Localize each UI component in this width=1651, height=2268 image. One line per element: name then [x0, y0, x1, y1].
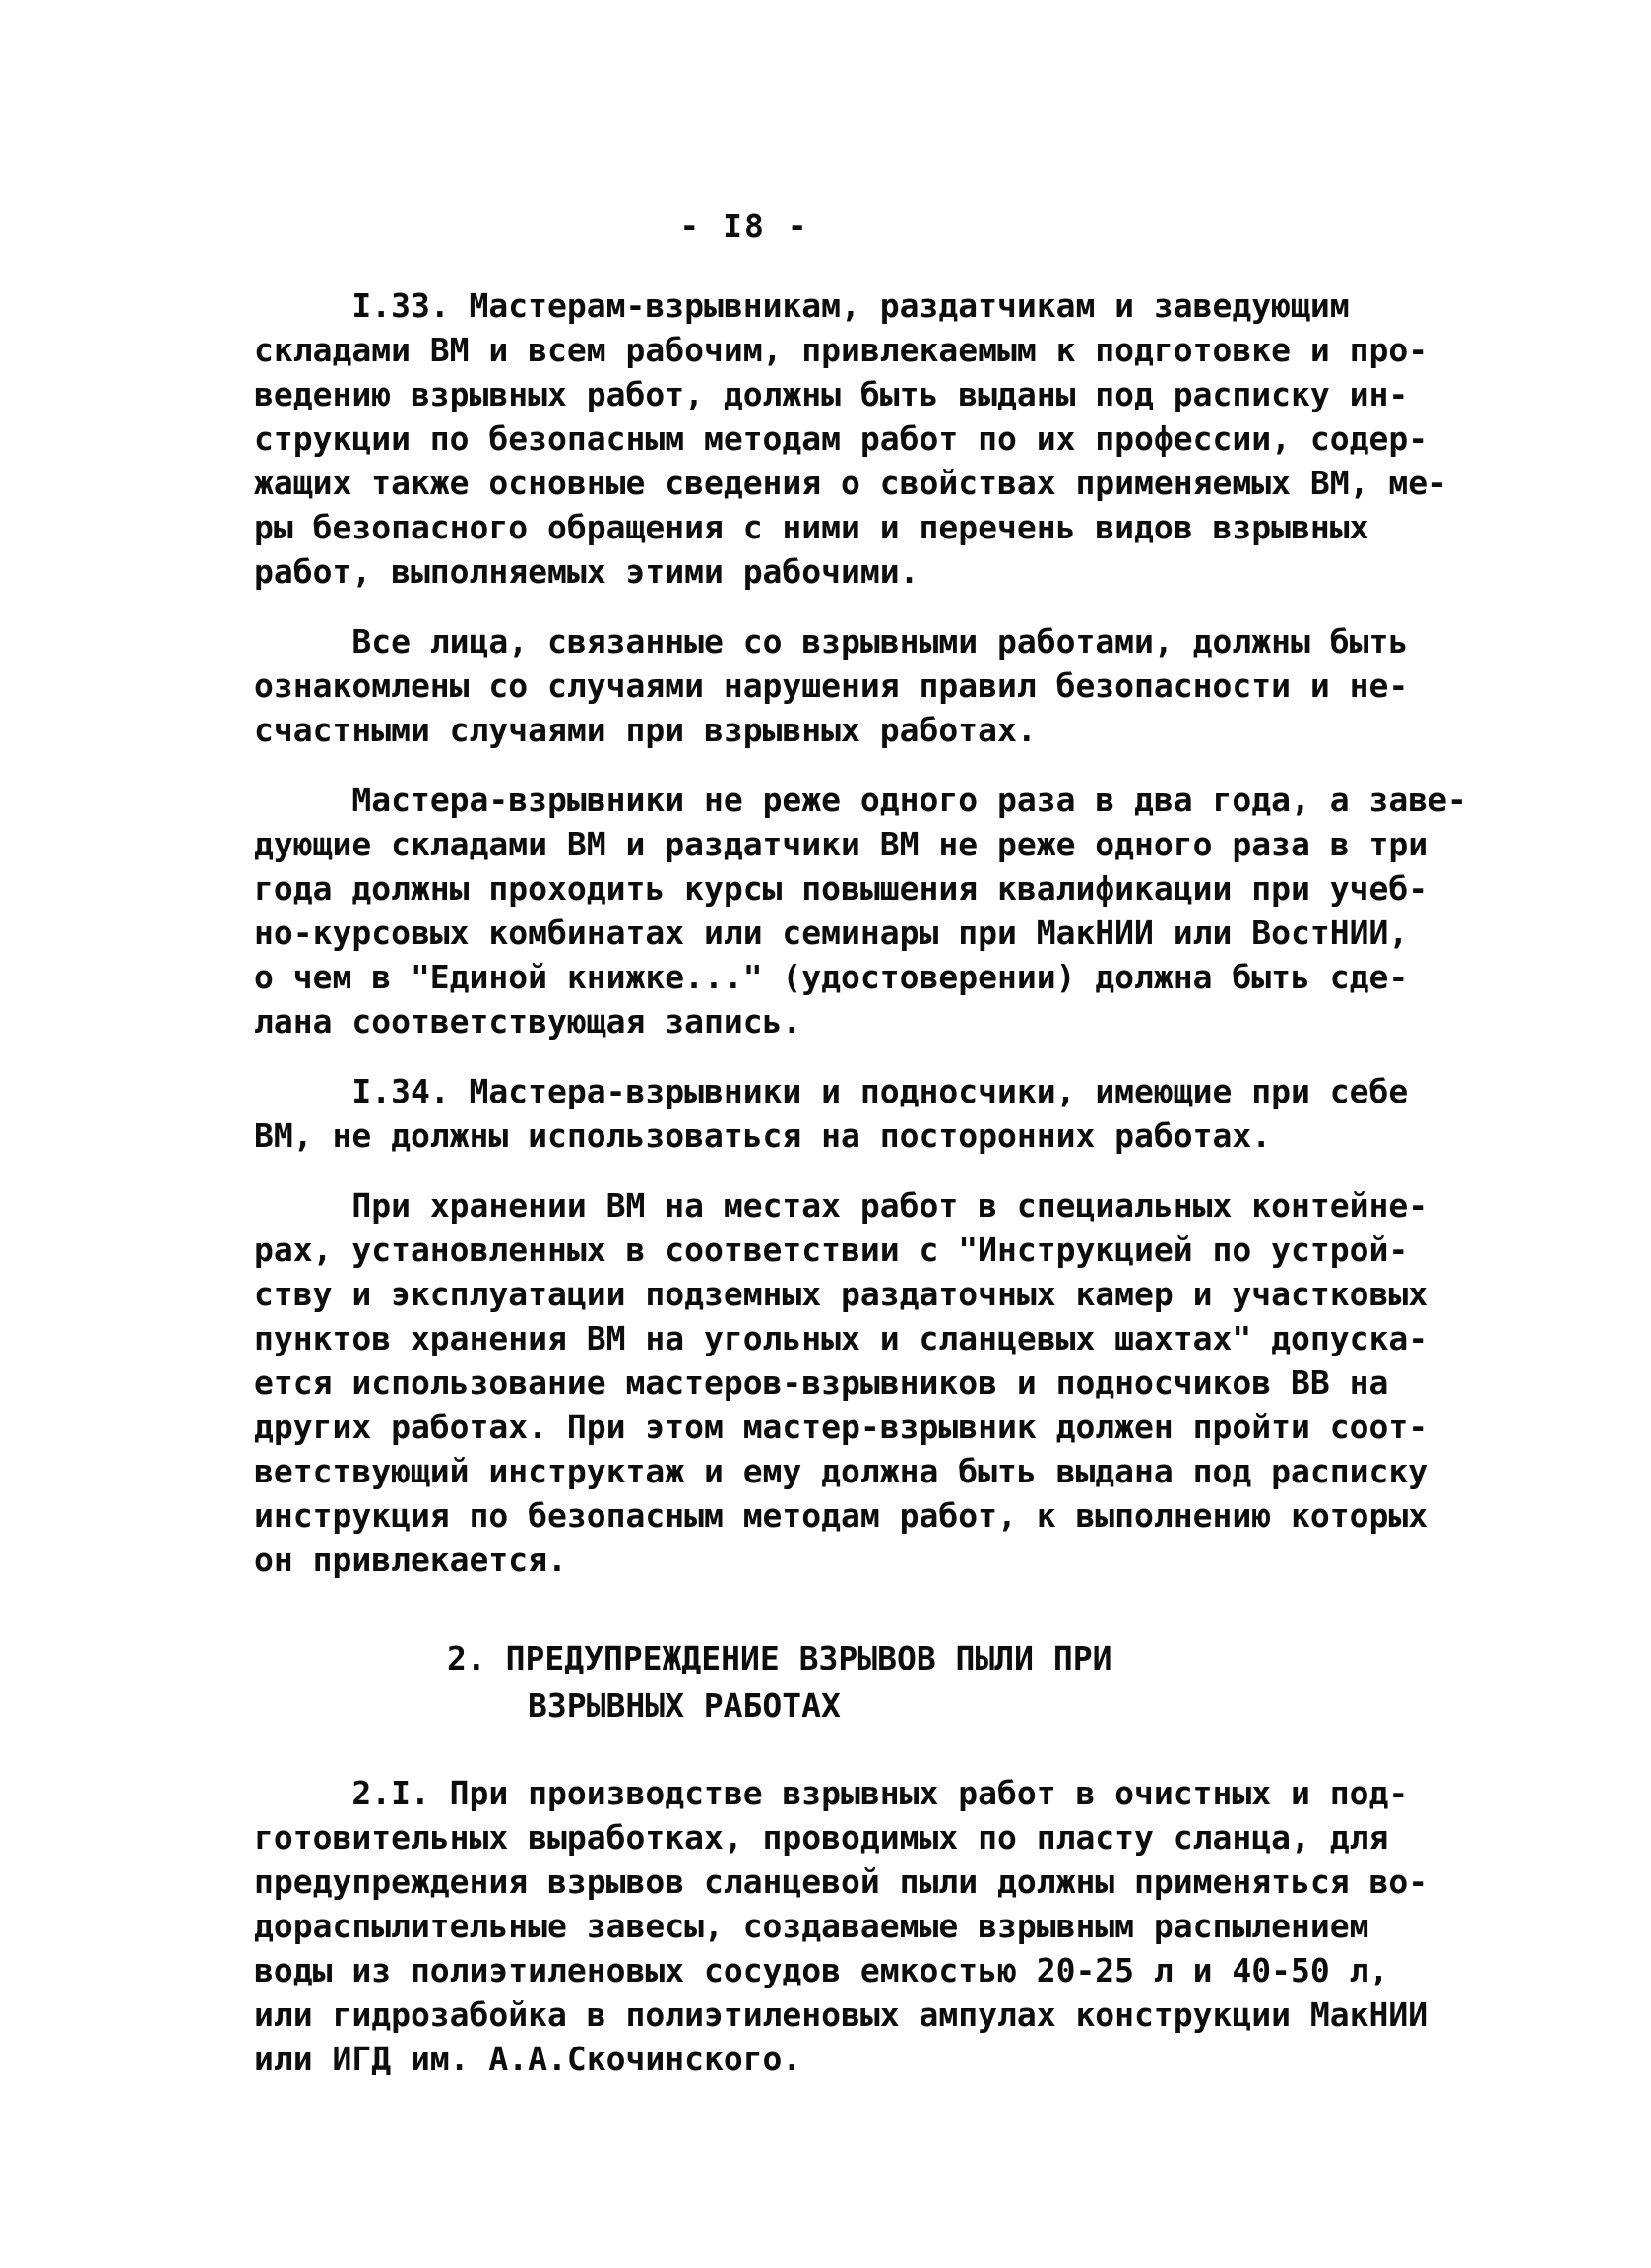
- paragraph-1-33: I.33. Мастерам-взрывникам, раздатчикам и…: [254, 283, 1485, 594]
- section-heading-line-1: 2. ПРЕДУПРЕЖДЕНИЕ ВЗРЫВОВ ПЫЛИ ПРИ: [447, 1635, 1485, 1682]
- page-number: - I8 -: [0, 207, 1489, 245]
- paragraph-1-34: I.34. Мастера-взрывники и подносчики, им…: [254, 1069, 1485, 1158]
- paragraph-2-1: 2.I. При производстве взрывных работ в о…: [254, 1771, 1485, 2081]
- section-heading-line-2: ВЗРЫВНЫХ РАБОТАХ: [528, 1682, 1485, 1730]
- paragraph-vm-storage: При хранении ВМ на местах работ в специа…: [254, 1183, 1485, 1582]
- paragraph-all-persons: Все лица, связанные со взрывными работам…: [254, 619, 1485, 752]
- document-body: I.33. Мастерам-взрывникам, раздатчикам и…: [254, 283, 1485, 2107]
- paragraph-refresher-courses: Мастера-взрывники не реже одного раза в …: [254, 778, 1485, 1043]
- scanned-document-page: - I8 - I.33. Мастерам-взрывникам, раздат…: [0, 0, 1651, 2268]
- section-heading: 2. ПРЕДУПРЕЖДЕНИЕ ВЗРЫВОВ ПЫЛИ ПРИ ВЗРЫВ…: [254, 1635, 1485, 1730]
